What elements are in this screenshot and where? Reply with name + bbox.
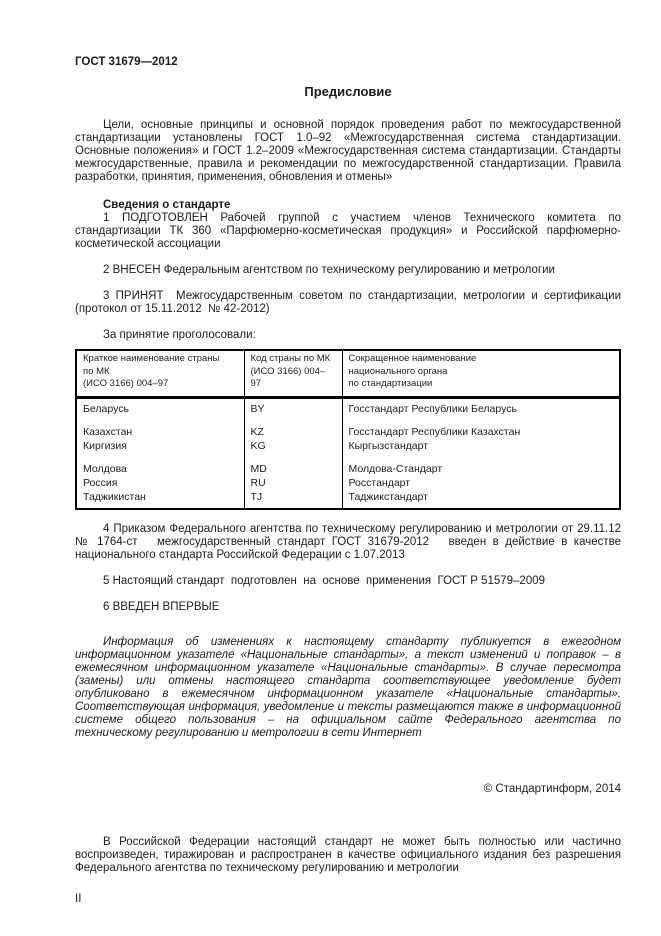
page-title: Предисловие: [75, 85, 621, 98]
vote-caption: За принятие проголосовали:: [75, 329, 621, 342]
org-cell: Таджикстандарт: [342, 490, 620, 509]
table-row: Казахстан KZ Госстандарт Республики Каза…: [76, 416, 620, 439]
document-page: ГОСТ 31679—2012 Предисловие Цели, основн…: [0, 0, 661, 936]
code-cell: MD: [244, 453, 342, 476]
country-cell: Молдова: [76, 453, 244, 476]
code-cell: TJ: [244, 490, 342, 509]
org-cell: Молдова-Стандарт: [342, 453, 620, 476]
code-cell: KG: [244, 439, 342, 453]
table-row: Беларусь BY Госстандарт Республики Белар…: [76, 397, 620, 416]
header-country-name: Краткое наименование страны по МК (ИСО 3…: [76, 350, 244, 397]
voting-table: Краткое наименование страны по МК (ИСО 3…: [75, 349, 621, 510]
table-row: Киргизия KG Кыргызстандарт: [76, 439, 620, 453]
code-cell: KZ: [244, 416, 342, 439]
voting-table-header: Краткое наименование страны по МК (ИСО 3…: [76, 350, 620, 397]
intro-paragraph: Цели, основные принципы и основной поряд…: [75, 119, 621, 184]
org-cell: Госстандарт Республики Казахстан: [342, 416, 620, 439]
country-cell: Россия: [76, 476, 244, 490]
copyright-line: © Стандартинформ, 2014: [75, 783, 621, 796]
item-3-adopted: 3 ПРИНЯТ Межгосударственным советом по с…: [75, 290, 621, 316]
doc-code: ГОСТ 31679—2012: [75, 56, 621, 69]
item-1-prepared: 1 ПОДГОТОВЛЕН Рабочей группой с участием…: [75, 212, 621, 251]
country-cell: Киргизия: [76, 439, 244, 453]
org-cell: Росстандарт: [342, 476, 620, 490]
header-row: Краткое наименование страны по МК (ИСО 3…: [76, 350, 620, 397]
item-5-basis: 5 Настоящий стандарт подготовлен на осно…: [75, 575, 621, 588]
item-2-submitted: 2 ВНЕСЕН Федеральным агентством по техни…: [75, 264, 621, 277]
page-number: II: [75, 893, 621, 906]
voting-table-body: Беларусь BY Госстандарт Республики Белар…: [76, 397, 620, 509]
org-cell: Кыргызстандарт: [342, 439, 620, 453]
standard-info-heading: Сведения о стандарте: [75, 199, 621, 212]
country-cell: Казахстан: [76, 416, 244, 439]
header-national-body: Сокращенное наименование национального о…: [342, 350, 620, 397]
item-4-order: 4 Приказом Федерального агентства по тех…: [75, 523, 621, 562]
code-cell: BY: [244, 397, 342, 416]
org-cell: Госстандарт Республики Беларусь: [342, 397, 620, 416]
code-cell: RU: [244, 476, 342, 490]
header-country-code: Код страны по МК (ИСО 3166) 004–97: [244, 350, 342, 397]
country-cell: Беларусь: [76, 397, 244, 416]
item-6-first-time: 6 ВВЕДЕН ВПЕРВЫЕ: [75, 601, 621, 614]
country-cell: Таджикистан: [76, 490, 244, 509]
table-row: Молдова MD Молдова-Стандарт: [76, 453, 620, 476]
amendment-notice: Информация об изменениях к настоящему ст…: [75, 636, 621, 740]
table-row: Таджикистан TJ Таджикстандарт: [76, 490, 620, 509]
table-row: Россия RU Росстандарт: [76, 476, 620, 490]
reproduction-restriction: В Российской Федерации настоящий стандар…: [75, 836, 621, 875]
